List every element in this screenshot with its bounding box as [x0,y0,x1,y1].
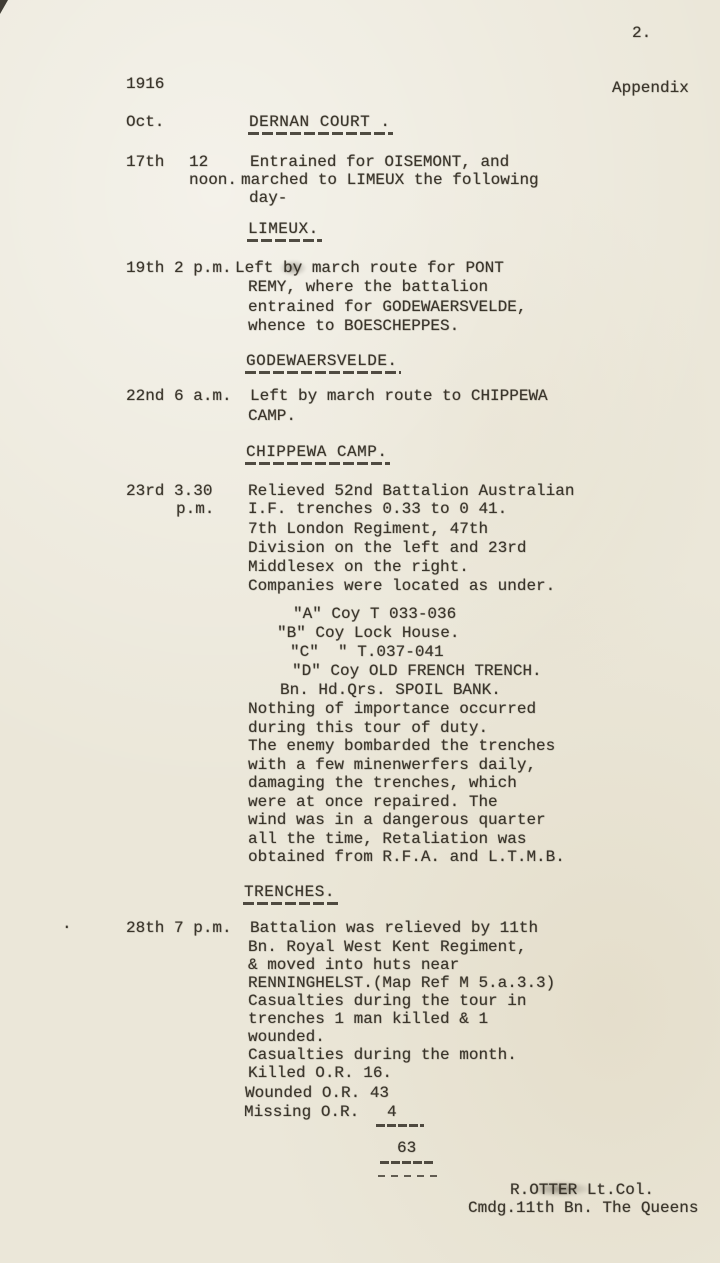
heading-chippewa-camp: CHIPPEWA CAMP. [246,444,387,461]
date-23rd: 23rd 3.30 [126,483,212,500]
entry-23rd-line8: during this tour of duty. [248,720,488,737]
heading-limeux: LIMEUX. [248,221,319,238]
entry-23rd-line15: obtained from R.F.A. and L.T.M.B. [248,849,565,866]
entry-23rd-line14: all the time, Retaliation was [248,831,526,848]
entry-28th-line4: RENNINGHELST.(Map Ref M 5.a.3.3) [248,975,555,992]
entry-23rd-line3: 7th London Regiment, 47th [248,521,488,538]
company-c: "C" " T.037-041 [290,644,444,661]
entry-17th-line3: day- [249,190,287,207]
grand-total-rule-2 [378,1175,437,1177]
company-b: "B" Coy Lock House. [277,625,459,642]
company-a: "A" Coy T 033-036 [293,606,456,623]
entry-23rd-line10: with a few minenwerfers daily, [248,757,536,774]
scan-corner-artifact [0,0,8,14]
stray-mark: . [62,916,72,933]
entry-23rd-line11: damaging the trenches, which [248,775,517,792]
casualty-total: 63 [397,1140,416,1157]
entry-23rd-line12: were at once repaired. The [248,794,498,811]
entry-23rd-line7: Nothing of importance occurred [248,701,536,718]
missing-total-rule [376,1124,424,1127]
date-17th: 17th [126,154,164,171]
entry-23rd-line2: I.F. trenches 0.33 to 0 41. [248,501,507,518]
page-number: 2. [632,25,651,42]
document-page: 2.1916AppendixOct.DERNAN COURT .17th12En… [0,0,720,1263]
company-d: "D" Coy OLD FRENCH TRENCH. [292,663,542,680]
entry-17th-line2: marched to LIMEUX the following [241,172,539,189]
entry-23rd-line1: Relieved 52nd Battalion Australian [248,483,574,500]
entry-23rd-line13: wind was in a dangerous quarter [248,812,546,829]
entry-23rd-line9: The enemy bombarded the trenches [248,738,555,755]
entry-17th-line1: Entrained for OISEMONT, and [250,154,509,171]
entry-22nd-line1: Left by march route to CHIPPEWA [250,388,548,405]
casualty-missing: Missing O.R. [244,1104,359,1121]
entry-28th-line3: & moved into huts near [248,957,459,974]
grand-total-rule [380,1161,433,1164]
entry-19th-line1: Left by march route for PONT [235,260,504,277]
entry-19th-line2: REMY, where the battalion [248,279,488,296]
year-label: 1916 [126,76,164,93]
entry-28th-line6: trenches 1 man killed & 1 [248,1011,488,1028]
entry-23rd-line4: Division on the left and 23rd [248,540,526,557]
entry-28th-line7: wounded. [248,1029,325,1046]
time-17th-cont: noon. [189,172,237,189]
entry-28th-line8: Casualties during the month. [248,1047,517,1064]
entry-23rd-line5: Middlesex on the right. [248,559,469,576]
entry-23rd-line6: Companies were located as under. [248,578,555,595]
entry-19th-line3: entrained for GODEWAERSVELDE, [248,299,526,316]
entry-19th-line4: whence to BOESCHEPPES. [248,318,459,335]
heading-godewaersvelde: GODEWAERSVELDE. [246,353,398,370]
bn-headquarters: Bn. Hd.Qrs. SPOIL BANK. [280,682,501,699]
heading-dernan-court: DERNAN COURT . [249,114,390,131]
casualty-wounded: Wounded O.R. 43 [245,1085,389,1102]
time-17th: 12 [189,154,208,171]
date-28th: 28th 7 p.m. [126,920,232,937]
date-19th: 19th 2 p.m. [126,260,232,277]
casualty-killed: Killed O.R. 16. [248,1065,392,1082]
heading-trenches: TRENCHES. [244,884,335,901]
entry-28th-line2: Bn. Royal West Kent Regiment, [248,939,526,956]
signature-role: Cmdg.11th Bn. The Queens [468,1200,698,1217]
appendix-label: Appendix [612,80,689,97]
casualty-missing-value: 4 [387,1104,397,1121]
entry-28th-line5: Casualties during the tour in [248,993,526,1010]
month-label: Oct. [126,114,164,131]
signature-name: R.OTTER Lt.Col. [510,1182,654,1199]
entry-28th-line1: Battalion was relieved by 11th [250,920,538,937]
time-23rd: p.m. [176,501,214,518]
date-22nd: 22nd 6 a.m. [126,388,232,405]
entry-22nd-line2: CAMP. [248,408,296,425]
